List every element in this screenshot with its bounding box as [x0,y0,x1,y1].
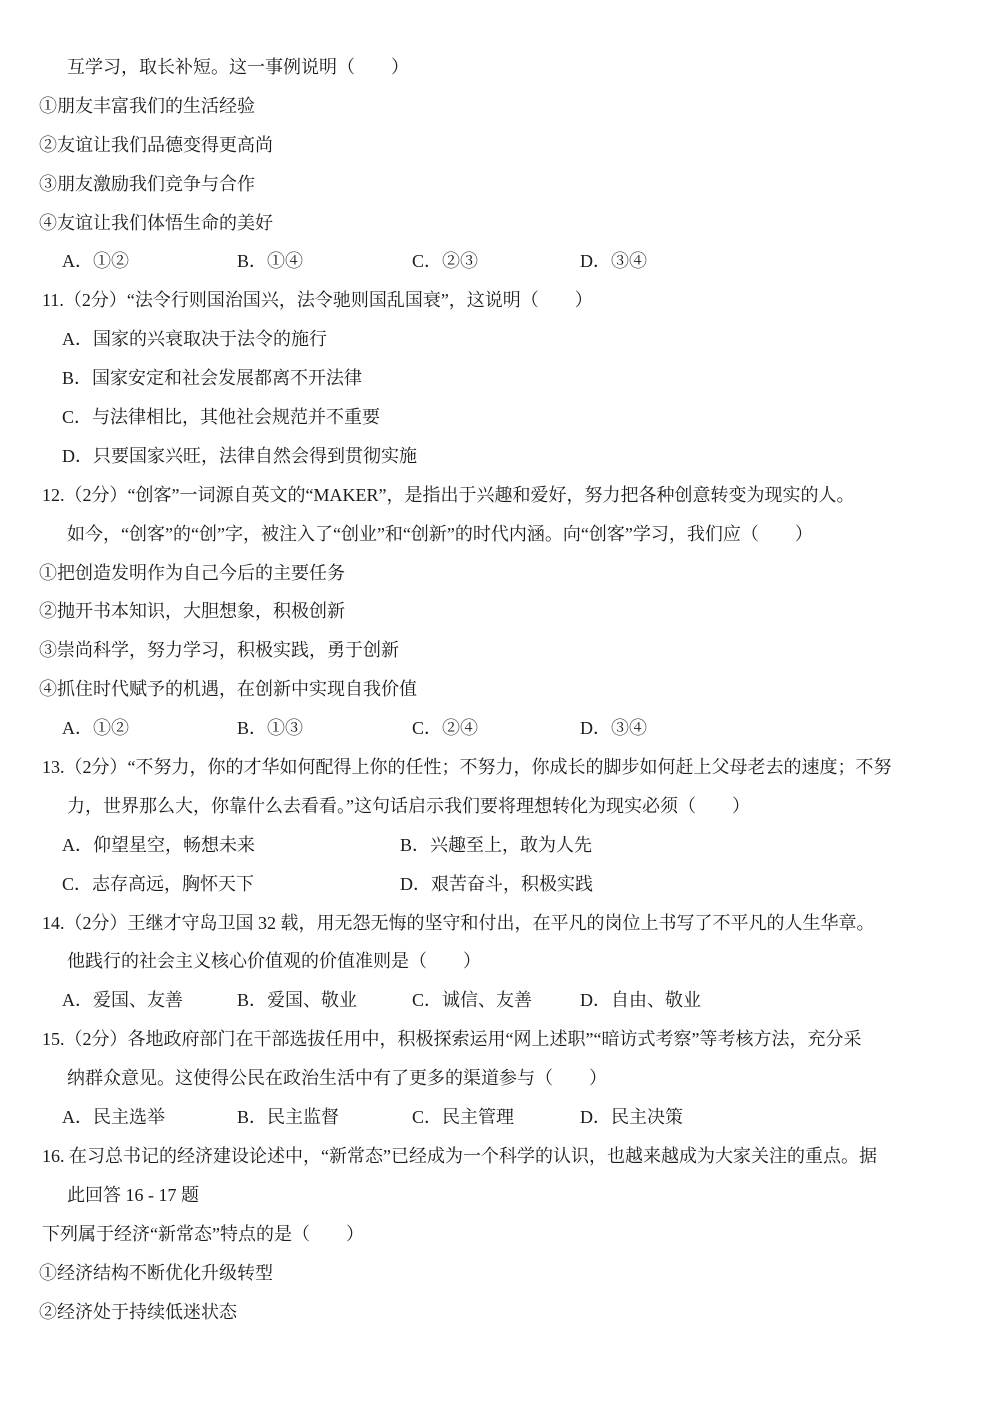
question-stem-line1: 14.（2分）王继才守岛卫国 32 载，用无怨无悔的坚守和付出，在平凡的岗位上书… [0,904,992,943]
question-14: 14.（2分）王继才守岛卫国 32 载，用无怨无悔的坚守和付出，在平凡的岗位上书… [0,904,992,1021]
option-c: C．志存高远，胸怀天下 [62,865,400,904]
option-c: C．②③ [412,242,580,281]
option-d: D．③④ [580,709,647,748]
option-a: A．仰望星空，畅想未来 [62,826,400,865]
option-b: B．兴趣至上，敢为人先 [400,826,592,865]
option-c: C．诚信、友善 [412,981,580,1020]
statement-item-1: ①经济结构不断优化升级转型 [0,1254,992,1293]
option-d: D．自由、敬业 [580,981,701,1020]
option-b: B．国家安定和社会发展都离不开法律 [0,359,992,398]
question-11: 11.（2分）“法令行则国治国兴，法令驰则国乱国衰”，这说明（ ） A．国家的兴… [0,281,992,475]
option-b: B．①④ [237,242,412,281]
question-stem-continuation: 互学习，取长补短。这一事例说明（ ） [0,48,992,87]
statement-item-2: ②经济处于持续低迷状态 [0,1293,992,1332]
question-10: 互学习，取长补短。这一事例说明（ ） ①朋友丰富我们的生活经验 ②友谊让我们品德… [0,48,992,281]
option-b: B．爱国、敬业 [237,981,412,1020]
question-15: 15.（2分）各地政府部门在干部选拔任用中，积极探索运用“网上述职”“暗访式考察… [0,1020,992,1137]
option-c: C．②④ [412,709,580,748]
options-row: A．①②B．①③C．②④D．③④ [0,709,992,748]
question-sub-stem: 下列属于经济“新常态”特点的是（ ） [0,1215,992,1254]
option-d: D．艰苦奋斗，积极实践 [400,865,593,904]
option-d: D．民主决策 [580,1098,683,1137]
statement-item-2: ②抛开书本知识，大胆想象，积极创新 [0,592,992,631]
option-b: B．民主监督 [237,1098,412,1137]
question-stem-line2: 纳群众意见。这使得公民在政治生活中有了更多的渠道参与（ ） [0,1059,992,1098]
options-row: A．①②B．①④C．②③D．③④ [0,242,992,281]
statement-item-3: ③朋友激励我们竞争与合作 [0,165,992,204]
option-b: B．①③ [237,709,412,748]
option-d: D．只要国家兴旺，法律自然会得到贯彻实施 [0,437,992,476]
statement-item-2: ②友谊让我们品德变得更高尚 [0,126,992,165]
option-d: D．③④ [580,242,647,281]
option-a: A．①② [62,709,237,748]
question-stem-line1: 16. 在习总书记的经济建设论述中，“新常态”已经成为一个科学的认识，也越来越成… [0,1137,992,1176]
options-row-cd: C．志存高远，胸怀天下D．艰苦奋斗，积极实践 [0,865,992,904]
options-row: A．民主选举B．民主监督C．民主管理D．民主决策 [0,1098,992,1137]
statement-item-1: ①朋友丰富我们的生活经验 [0,87,992,126]
question-stem-line2: 如今，“创客”的“创”字，被注入了“创业”和“创新”的时代内涵。向“创客”学习，… [0,515,992,554]
question-stem-line1: 13.（2分）“不努力，你的才华如何配得上你的任性；不努力，你成长的脚步如何赶上… [0,748,992,787]
statement-item-3: ③崇尚科学，努力学习，积极实践，勇于创新 [0,631,992,670]
question-stem-line2: 力，世界那么大，你靠什么去看看。”这句话启示我们要将理想转化为现实必须（ ） [0,787,992,826]
exam-document-page: 互学习，取长补短。这一事例说明（ ） ①朋友丰富我们的生活经验 ②友谊让我们品德… [0,0,992,1403]
statement-item-4: ④友谊让我们体悟生命的美好 [0,204,992,243]
question-stem-line2: 他践行的社会主义核心价值观的价值准则是（ ） [0,942,992,981]
statement-item-4: ④抓住时代赋予的机遇，在创新中实现自我价值 [0,670,992,709]
option-c: C．与法律相比，其他社会规范并不重要 [0,398,992,437]
question-stem: 11.（2分）“法令行则国治国兴，法令驰则国乱国衰”，这说明（ ） [0,281,992,320]
statement-item-1: ①把创造发明作为自己今后的主要任务 [0,554,992,593]
options-row: A．爱国、友善B．爱国、敬业C．诚信、友善D．自由、敬业 [0,981,992,1020]
option-a: A．爱国、友善 [62,981,237,1020]
option-a: A．民主选举 [62,1098,237,1137]
option-c: C．民主管理 [412,1098,580,1137]
option-a: A．①② [62,242,237,281]
options-row-ab: A．仰望星空，畅想未来B．兴趣至上，敢为人先 [0,826,992,865]
question-stem-line1: 12.（2分）“创客”一词源自英文的“MAKER”，是指出于兴趣和爱好，努力把各… [0,476,992,515]
option-a: A．国家的兴衰取决于法令的施行 [0,320,992,359]
question-stem-line2: 此回答 16 - 17 题 [0,1176,992,1215]
question-13: 13.（2分）“不努力，你的才华如何配得上你的任性；不努力，你成长的脚步如何赶上… [0,748,992,904]
question-stem-line1: 15.（2分）各地政府部门在干部选拔任用中，积极探索运用“网上述职”“暗访式考察… [0,1020,992,1059]
question-16: 16. 在习总书记的经济建设论述中，“新常态”已经成为一个科学的认识，也越来越成… [0,1137,992,1331]
question-12: 12.（2分）“创客”一词源自英文的“MAKER”，是指出于兴趣和爱好，努力把各… [0,476,992,748]
